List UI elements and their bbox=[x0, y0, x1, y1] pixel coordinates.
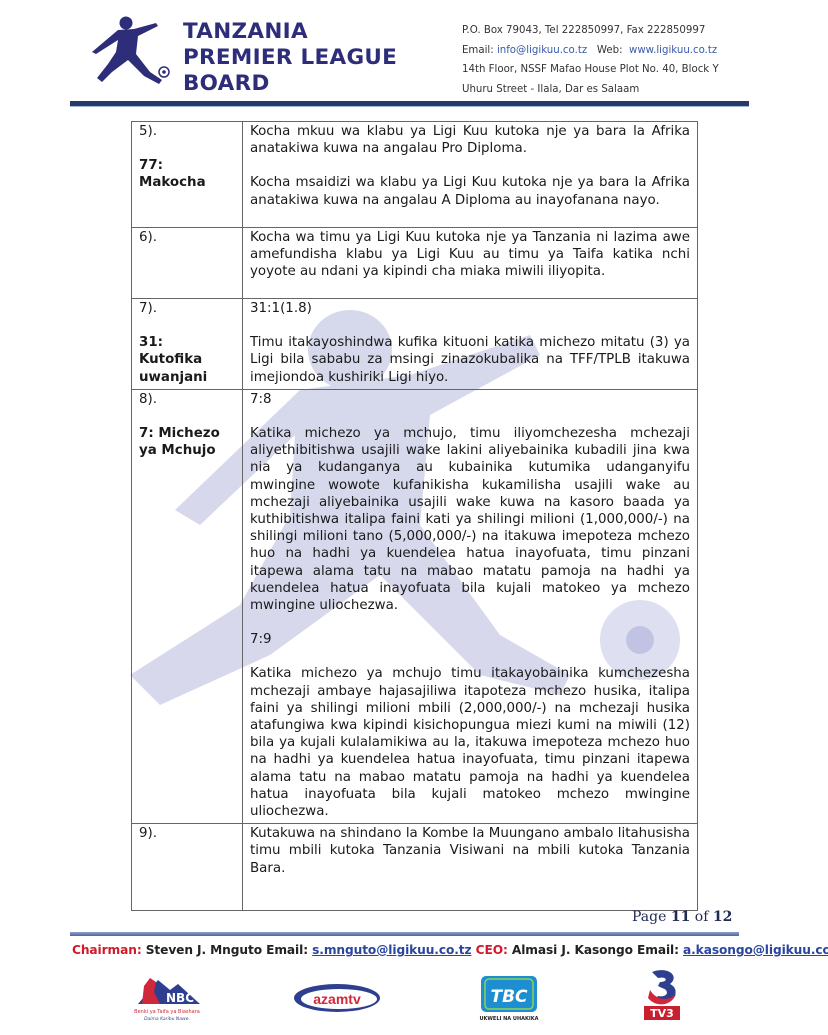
row-number: 9). bbox=[139, 825, 235, 842]
chairman-name: Steven J. Mnguto Email: bbox=[142, 943, 313, 957]
page-of: of bbox=[690, 909, 713, 925]
row-number: 5). bbox=[139, 123, 235, 140]
svg-text:UKWELI NA UHAKIKA: UKWELI NA UHAKIKA bbox=[479, 1016, 538, 1022]
address-line: 14th Floor, NSSF Mafao House Plot No. 40… bbox=[462, 60, 719, 80]
table-row: 9). Kutakuwa na shindano la Kombe la Muu… bbox=[132, 824, 698, 911]
tbc-logo-icon: TBC UKWELI NA UHAKIKA bbox=[477, 974, 541, 1022]
header-divider bbox=[70, 101, 749, 107]
contact-email-link[interactable]: info@ligikuu.co.tz bbox=[497, 45, 587, 56]
football-player-logo-icon bbox=[82, 14, 182, 94]
svg-text:TV3: TV3 bbox=[650, 1007, 674, 1020]
row-content-cell: 7:8 Katika michezo ya mchujo, timu iliyo… bbox=[243, 389, 698, 823]
chairman-email-link[interactable]: s.mnguto@ligikuu.co.tz bbox=[312, 943, 471, 957]
rule-text: Kocha msaidizi wa klabu ya Ligi Kuu kuto… bbox=[250, 174, 690, 208]
svg-text:azamtv: azamtv bbox=[313, 991, 361, 1007]
row-label-cell: 8). 7: Michezo ya Mchujo bbox=[132, 389, 243, 823]
table-row: 6). Kocha wa timu ya Ligi Kuu kutoka nje… bbox=[132, 228, 698, 299]
letterhead: TANZANIA PREMIER LEAGUE BOARD P.O. Box 7… bbox=[0, 0, 828, 110]
rule-text: Kocha mkuu wa klabu ya Ligi Kuu kutoka n… bbox=[250, 123, 690, 157]
row-content-cell: Kocha wa timu ya Ligi Kuu kutoka nje ya … bbox=[243, 228, 698, 299]
total-pages: 12 bbox=[713, 909, 732, 925]
ceo-email-link[interactable]: a.kasongo@ligikuu.co.tz bbox=[683, 943, 828, 957]
row-content-cell: Kocha mkuu wa klabu ya Ligi Kuu kutoka n… bbox=[243, 122, 698, 228]
row-label-cell: 5). 77: Makocha bbox=[132, 122, 243, 228]
email-label: Email: bbox=[462, 45, 497, 56]
row-number: 7). bbox=[139, 300, 235, 317]
row-label-cell: 6). bbox=[132, 228, 243, 299]
svg-text:Benki ya Taifa ya Biashara: Benki ya Taifa ya Biashara bbox=[134, 1009, 200, 1015]
rule-text: Katika michezo ya mchujo, timu iliyomche… bbox=[250, 425, 690, 614]
page-number: Page 11 of 12 bbox=[632, 909, 732, 925]
article-title: Kutofika uwanjani bbox=[139, 351, 235, 385]
clause-reference: 7:9 bbox=[250, 631, 690, 648]
row-label-cell: 9). bbox=[132, 824, 243, 911]
footer-divider bbox=[70, 932, 739, 936]
row-label-cell: 7). 31: Kutofika uwanjani bbox=[132, 299, 243, 390]
current-page: 11 bbox=[671, 909, 690, 925]
regulations-table: 5). 77: Makocha Kocha mkuu wa klabu ya L… bbox=[131, 121, 698, 911]
table-row: 7). 31: Kutofika uwanjani 31:1(1.8) Timu… bbox=[132, 299, 698, 390]
table-row: 5). 77: Makocha Kocha mkuu wa klabu ya L… bbox=[132, 122, 698, 228]
svg-text:TBC: TBC bbox=[490, 987, 528, 1007]
organization-name: TANZANIA PREMIER LEAGUE BOARD bbox=[183, 19, 397, 97]
org-name-line: BOARD bbox=[183, 71, 397, 97]
email-web-line: Email: info@ligikuu.co.tz Web: www.ligik… bbox=[462, 41, 719, 61]
clause-reference: 31:1(1.8) bbox=[250, 300, 690, 317]
article-number: 77: bbox=[139, 157, 235, 174]
row-number: 6). bbox=[139, 229, 235, 246]
row-number: 8). bbox=[139, 391, 235, 408]
postal-info: P.O. Box 79043, Tel 222850997, Fax 22285… bbox=[462, 21, 719, 41]
rule-text: Katika michezo ya mchujo timu itakayobai… bbox=[250, 665, 690, 820]
tv3-logo-icon: TV3 bbox=[638, 968, 686, 1022]
contact-block: P.O. Box 79043, Tel 222850997, Fax 22285… bbox=[462, 21, 719, 99]
org-name-line: TANZANIA bbox=[183, 19, 397, 45]
web-label: Web: bbox=[587, 45, 629, 56]
website-link[interactable]: www.ligikuu.co.tz bbox=[629, 45, 717, 56]
address-line: Uhuru Street - Ilala, Dar es Salaam bbox=[462, 80, 719, 100]
rule-text: Timu itakayoshindwa kufika kituoni katik… bbox=[250, 334, 690, 386]
svg-text:NBC: NBC bbox=[166, 991, 194, 1005]
article-title: Makocha bbox=[139, 174, 235, 191]
ceo-name: Almasi J. Kasongo Email: bbox=[508, 943, 683, 957]
rule-text: Kutakuwa na shindano la Kombe la Muungan… bbox=[250, 825, 690, 877]
nbc-logo-icon: NBC Benki ya Taifa ya Biashara Daima Kar… bbox=[130, 972, 205, 1024]
page-prefix: Page bbox=[632, 909, 671, 925]
table-row: 8). 7: Michezo ya Mchujo 7:8 Katika mich… bbox=[132, 389, 698, 823]
clause-reference: 7:8 bbox=[250, 391, 690, 408]
row-content-cell: 31:1(1.8) Timu itakayoshindwa kufika kit… bbox=[243, 299, 698, 390]
ceo-role: CEO: bbox=[471, 943, 507, 957]
org-name-line: PREMIER LEAGUE bbox=[183, 45, 397, 71]
rule-text: Kocha wa timu ya Ligi Kuu kutoka nje ya … bbox=[250, 229, 690, 281]
azam-tv-logo-icon: azamtv bbox=[292, 982, 382, 1014]
article-title: 7: Michezo ya Mchujo bbox=[139, 425, 235, 459]
chairman-role: Chairman: bbox=[72, 943, 142, 957]
row-content-cell: Kutakuwa na shindano la Kombe la Muungan… bbox=[243, 824, 698, 911]
article-number: 31: bbox=[139, 334, 235, 351]
officers-line: Chairman: Steven J. Mnguto Email: s.mngu… bbox=[72, 943, 828, 957]
svg-text:Daima Karibu Nawe.: Daima Karibu Nawe. bbox=[144, 1016, 190, 1022]
